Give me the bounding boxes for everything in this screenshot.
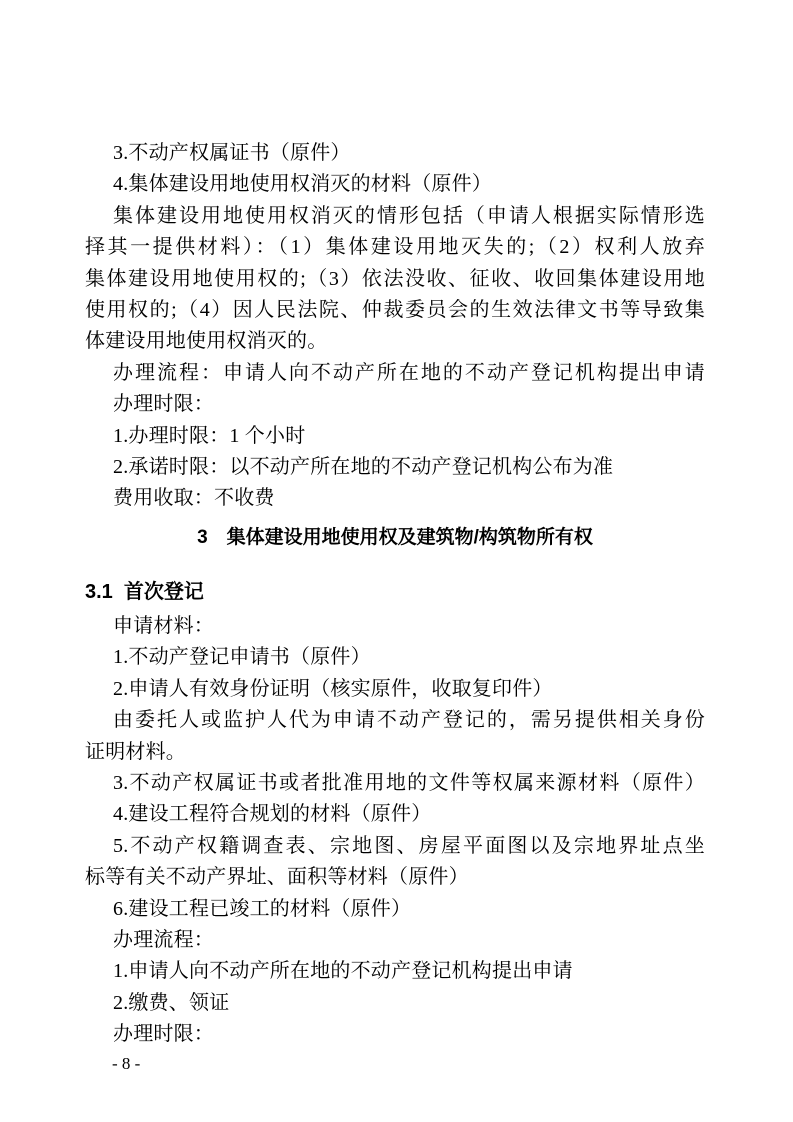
text-line: 办理时限： [85,1019,705,1050]
page-content: 3.不动产权属证书（原件） 4.集体建设用地使用权消灭的材料（原件） 集体建设用… [85,138,705,1051]
section-3-heading: 3 集体建设用地使用权及建筑物/构筑物所有权 [85,522,705,554]
text-line: 4.建设工程符合规划的材料（原件） [85,799,705,830]
text-line: 办理流程：申请人向不动产所在地的不动产登记机构提出申请 [85,358,705,389]
text-line: 2.申请人有效身份证明（核实原件，收取复印件） [85,674,705,705]
text-line: 2.承诺时限：以不动产所在地的不动产登记机构公布为准 [85,452,705,483]
text-line: 1.办理时限：1 个小时 [85,421,705,452]
text-line: 申请材料： [85,611,705,642]
text-line: 办理流程： [85,925,705,956]
section-3-1-heading: 3.1 首次登记 [85,576,705,608]
text-line: 证明材料。 [85,737,705,768]
text-line: 1.不动产登记申请书（原件） [85,642,705,673]
page-footer: - 8 - [112,1053,140,1075]
text-line: 办理时限： [85,389,705,420]
text-line: 1.申请人向不动产所在地的不动产登记机构提出申请 [85,956,705,987]
section-2-tail: 3.不动产权属证书（原件） 4.集体建设用地使用权消灭的材料（原件） 集体建设用… [85,138,705,515]
text-line: 集体建设用地使用权的;（3）依法没收、征收、收回集体建设用地 [85,264,705,295]
text-line: 3.不动产权属证书（原件） [85,138,705,169]
text-line: 4.集体建设用地使用权消灭的材料（原件） [85,169,705,200]
page-number: - 8 - [112,1054,140,1073]
text-line: 体建设用地使用权消灭的。 [85,326,705,357]
text-line: 择其一提供材料）：（1）集体建设用地灭失的;（2）权利人放弃 [85,232,705,263]
text-line: 由委托人或监护人代为申请不动产登记的，需另提供相关身份 [85,705,705,736]
text-line: 集体建设用地使用权消灭的情形包括（申请人根据实际情形选 [85,201,705,232]
text-line: 费用收取：不收费 [85,483,705,514]
text-line: 6.建设工程已竣工的材料（原件） [85,894,705,925]
text-line: 2.缴费、领证 [85,988,705,1019]
section-3-1-body: 申请材料： 1.不动产登记申请书（原件） 2.申请人有效身份证明（核实原件，收取… [85,611,705,1051]
text-line: 使用权的;（4）因人民法院、仲裁委员会的生效法律文书等导致集 [85,295,705,326]
text-line: 3.不动产权属证书或者批准用地的文件等权属来源材料（原件） [85,768,705,799]
text-line: 5.不动产权籍调查表、宗地图、房屋平面图以及宗地界址点坐 [85,831,705,862]
document-page: { "heading": "3 集体建设用地使用权及建筑物/构筑物所有权", "… [0,0,793,1122]
text-line: 标等有关不动产界址、面积等材料（原件） [85,862,705,893]
